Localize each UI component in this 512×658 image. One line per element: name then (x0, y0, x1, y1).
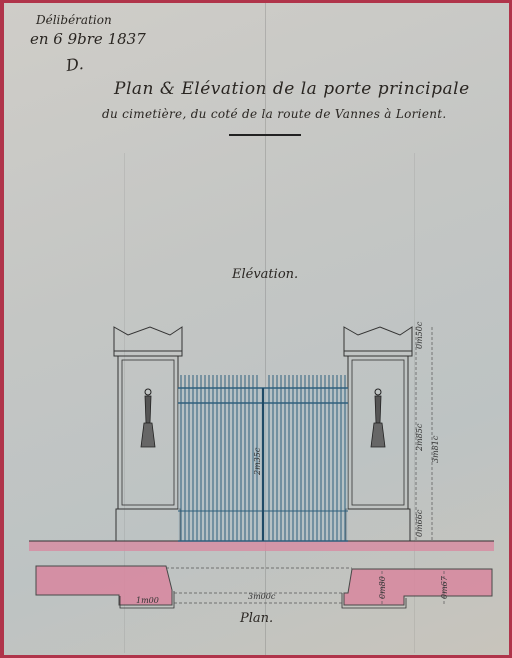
plan-view: 3m00c 1m00 0m80 0m67 (36, 566, 492, 608)
base-dimension: 0m66c (415, 509, 424, 537)
iron-gate: 2m35c (178, 375, 348, 541)
left-pillar (114, 327, 182, 541)
torch-ornament-icon (371, 389, 385, 447)
architectural-drawing: 2m35c 0m50c 2m85c 3m81c 0m66c 3m00c 1m0 (4, 3, 509, 655)
plan-right-dimension-2: 0m67 (440, 575, 449, 599)
drawing-sheet: Délibération en 6 9bre 1837 D. Plan & El… (4, 3, 509, 655)
plan-right-dimension-1: 0m80 (378, 576, 387, 599)
total-height-dimension: 3m81c (431, 435, 440, 463)
gate-height-dimension: 2m35c (253, 447, 262, 476)
panel-dimension: 2m85c (415, 423, 424, 452)
cap-dimension: 0m50c (415, 321, 424, 349)
opening-width-dimension: 3m00c (248, 592, 276, 601)
plan-left-dimension: 1m00 (136, 596, 159, 605)
torch-ornament-icon (141, 389, 155, 447)
plan-label: Plan. (240, 611, 273, 626)
ground-band (29, 541, 494, 551)
right-pillar (344, 327, 412, 541)
